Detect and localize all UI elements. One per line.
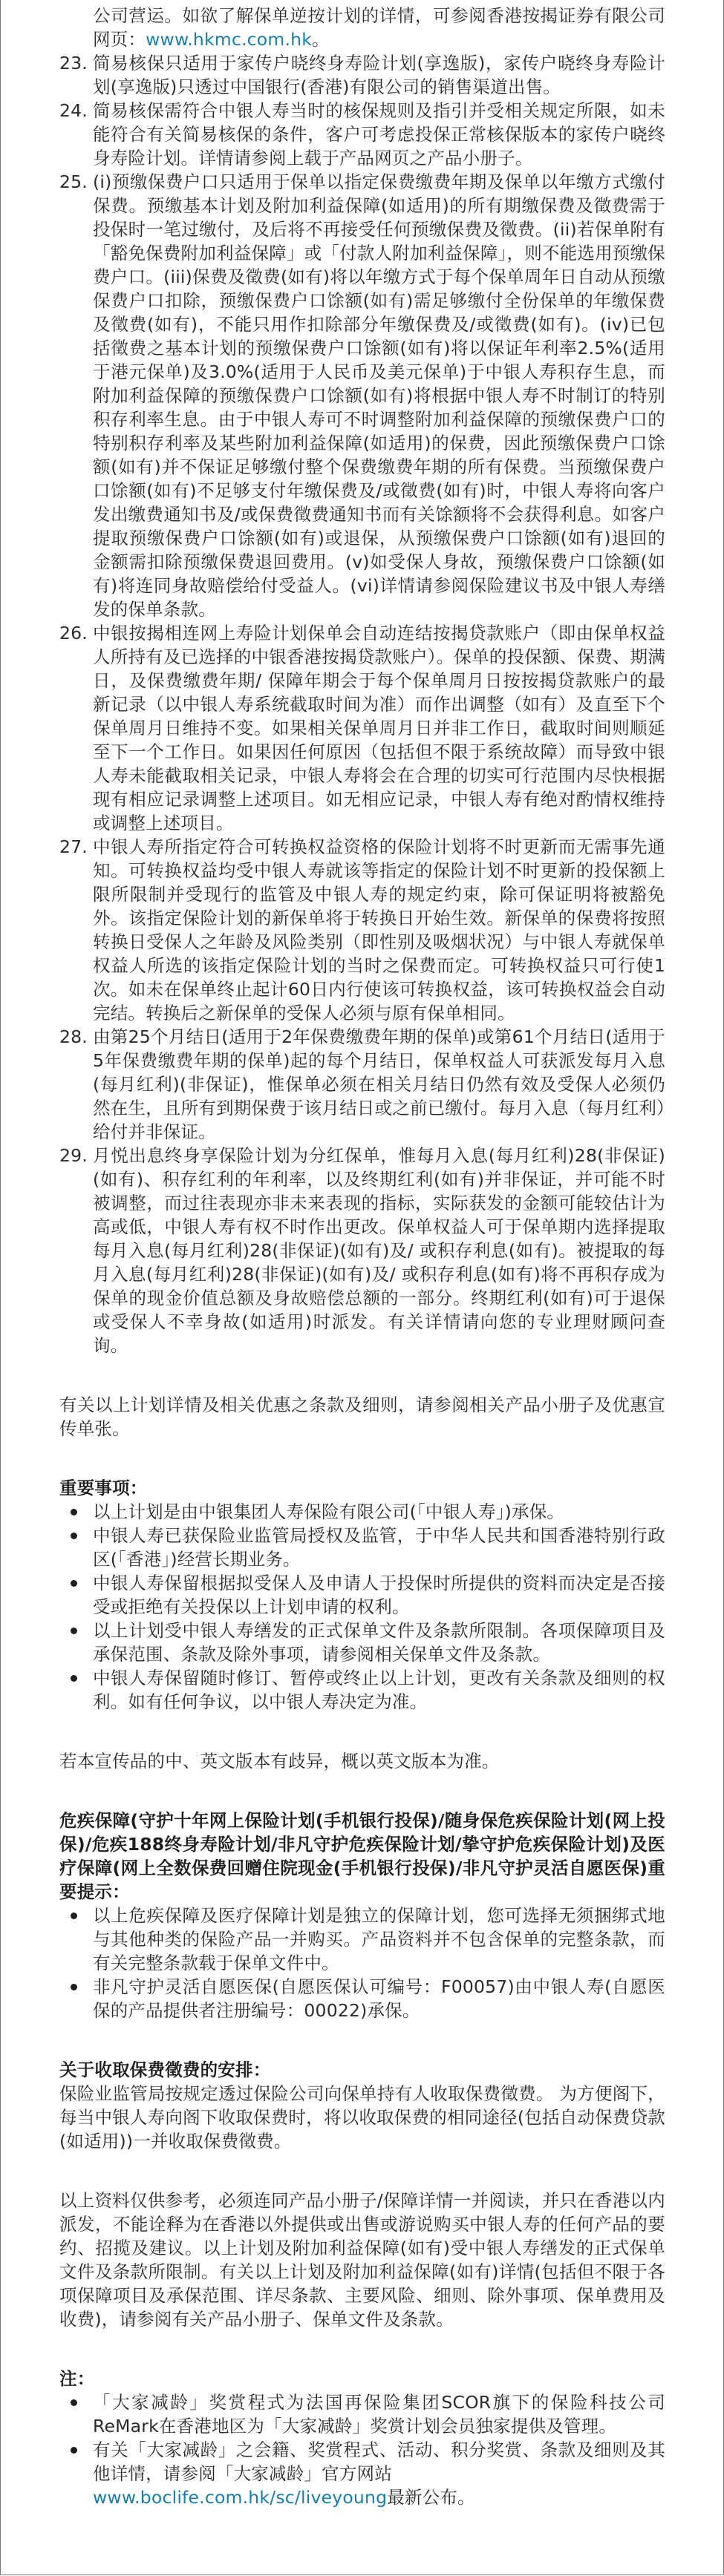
footnote-list: 「大家减龄」奖赏程式为法国再保险集团SCOR旗下的保险科技公司ReMark在香港… (59, 2390, 665, 2509)
note-text: (i)预缴保费户口只适用于保单以指定保费缴费年期及保单以年缴方式缴付保费。预缴基… (93, 170, 665, 621)
critical-illness-note-item: 非凡守护灵活自愿医保(自愿医保认可编号：F00057)由中银人寿(自愿医保的产品… (59, 1975, 665, 2022)
levy-arrangement-heading: 关于收取保费徵费的安排： (59, 2058, 665, 2082)
note-text: 中银按揭相连网上寿险计划保单会自动连结按揭贷款账户（即由保单权益人所持有及已选择… (93, 621, 665, 835)
critical-illness-notes-list: 以上危疾保障及医疗保障计划是独立的保障计划，您可选择无须捆绑式地与其他种类的保险… (59, 1904, 665, 2022)
footnote-item: 有关「大家减龄」之会籍、奖赏程式、活动、积分奖赏、条款及细则及其他详情，请参阅「… (59, 2438, 665, 2509)
note-number: 27. (59, 835, 93, 1025)
reference-disclaimer: 以上资料仅供参考，必须连同产品小册子/保障详情一并阅读，并只在香港以内派发，不能… (59, 2189, 665, 2331)
note-text: 中银人寿所指定符合可转换权益资格的保险计划将不时更新而无需事先通知。可转换权益均… (93, 835, 665, 1025)
important-note-item: 中银人寿保留随时修订、暂停或终止以上计划，更改有关条款及细则的权利。如有任何争议… (59, 1666, 665, 1714)
note-item-28: 28. 由第25个月结日(适用于2年保费缴费年期的保单)或第61个月结日(适用于… (59, 1025, 665, 1144)
important-note-item: 中银人寿保留根据拟受保人及申请人于投保时所提供的资料而决定是否接受或拒绝有关投保… (59, 1571, 665, 1619)
levy-arrangement-text: 保险业监管局按规定透过保险公司向保单持有人收取保费徵费。 为方便阁下，每当中银人… (59, 2082, 665, 2153)
note-item-23: 23. 简易核保只适用于家传户晓终身寿险计划(享逸版)，家传户晓终身寿险计划(享… (59, 51, 665, 99)
note-number: 24. (59, 99, 93, 170)
bullet-icon (59, 1666, 93, 1714)
note-text: 月悦出息终身享保险计划为分红保单，惟每月入息(每月红利)28(非保证)(如有)、… (93, 1144, 665, 1357)
note-text: 由第25个月结日(适用于2年保费缴费年期的保单)或第61个月结日(适用于5年保费… (93, 1025, 665, 1144)
note-text: 简易核保只适用于家传户晓终身寿险计划(享逸版)，家传户晓终身寿险计划(享逸版)只… (93, 51, 665, 99)
liveyoung-website-link[interactable]: www.boclife.com.hk/sc/liveyoung (93, 2487, 387, 2508)
bullet-icon (59, 1524, 93, 1571)
note-item-29: 29. 月悦出息终身享保险计划为分红保单，惟每月入息(每月红利)28(非保证)(… (59, 1144, 665, 1357)
numbered-notes-list: 23. 简易核保只适用于家传户晓终身寿险计划(享逸版)，家传户晓终身寿险计划(享… (59, 51, 665, 1357)
critical-illness-heading: 危疾保障(守护十年网上保险计划(手机银行投保)/随身保危疾保险计划(网上投保)/… (59, 1809, 665, 1904)
note-number: 23. (59, 51, 93, 99)
note-number: 29. (59, 1144, 93, 1357)
note-item-26: 26. 中银按揭相连网上寿险计划保单会自动连结按揭贷款账户（即由保单权益人所持有… (59, 621, 665, 835)
footnote-heading: 注： (59, 2367, 665, 2390)
important-note-item: 中银人寿已获保险业监管局授权及监管，于中华人民共和国香港特别行政区(「香港」)经… (59, 1524, 665, 1571)
terms-reference-paragraph: 有关以上计划详情及相关优惠之条款及细则，请参阅相关产品小册子及优惠宣传单张。 (59, 1393, 665, 1441)
important-notes-list: 以上计划是由中银集团人寿保险有限公司(「中银人寿」)承保。 中银人寿已获保险业监… (59, 1500, 665, 1714)
bullet-icon (59, 1500, 93, 1524)
note-22-continuation: 公司营运。如欲了解保单逆按计划的详情，可参阅香港按揭证券有限公司网页：www.h… (59, 4, 665, 51)
hkmc-website-link[interactable]: www.hkmc.com.hk (146, 29, 312, 50)
note-number: 25. (59, 170, 93, 621)
bullet-icon (59, 1904, 93, 1975)
note-item-25: 25. (i)预缴保费户口只适用于保单以指定保费缴费年期及保单以年缴方式缴付保费… (59, 170, 665, 621)
note-item-27: 27. 中银人寿所指定符合可转换权益资格的保险计划将不时更新而无需事先通知。可转… (59, 835, 665, 1025)
note-item-24: 24. 简易核保需符合中银人寿当时的核保规则及指引并受相关规定所限，如未能符合有… (59, 99, 665, 170)
note-number: 28. (59, 1025, 93, 1144)
note-number: 26. (59, 621, 93, 835)
bullet-icon (59, 2438, 93, 2509)
important-note-item: 以上计划是由中银集团人寿保险有限公司(「中银人寿」)承保。 (59, 1500, 665, 1524)
disclaimer-document: 公司营运。如欲了解保单逆按计划的详情，可参阅香港按揭证券有限公司网页：www.h… (59, 0, 665, 2509)
bullet-icon (59, 2390, 93, 2438)
language-note: 若本宣传品的中、英文版本有歧异，概以英文版本为准。 (59, 1749, 665, 1773)
bullet-icon (59, 1619, 93, 1666)
important-notes-heading: 重要事项： (59, 1476, 665, 1500)
bullet-icon (59, 1571, 93, 1619)
note-text: 简易核保需符合中银人寿当时的核保规则及指引并受相关规定所限，如未能符合有关简易核… (93, 99, 665, 170)
critical-illness-note-item: 以上危疾保障及医疗保障计划是独立的保障计划，您可选择无须捆绑式地与其他种类的保险… (59, 1904, 665, 1975)
bullet-icon (59, 1975, 93, 2022)
footnote-item: 「大家减龄」奖赏程式为法国再保险集团SCOR旗下的保险科技公司ReMark在香港… (59, 2390, 665, 2438)
important-note-item: 以上计划受中银人寿缮发的正式保单文件及条款所限制。各项保障项目及承保范围、条款及… (59, 1619, 665, 1666)
